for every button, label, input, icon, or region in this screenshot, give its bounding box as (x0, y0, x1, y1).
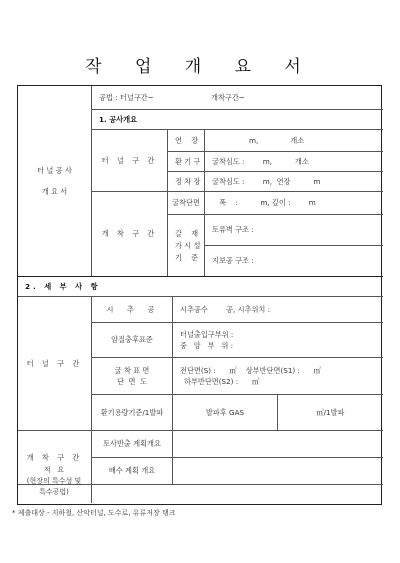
document-title: 작 업 개 요 서 (0, 52, 400, 77)
section1-excavation-label: 개 착 구 간 (91, 191, 167, 276)
remarks-value[interactable] (91, 484, 383, 503)
soil-removal-value[interactable] (172, 430, 383, 457)
excavation-face-value[interactable]: 전단면(S) : ㎡ 상부반단면(S1) : ㎡ 하부반단면(S2) : ㎡ (172, 357, 383, 394)
excavation-section-label: 굴착단면 (167, 191, 204, 214)
soil-removal-label: 토사반출 계획개요 (91, 430, 172, 457)
drainage-plan-value[interactable] (172, 457, 383, 484)
section2-tunnel-label: 터 널 구 간 (18, 296, 91, 430)
tunnel-overview-label: 터 널 공 사 개 요 서 (18, 86, 91, 276)
excavation-face-label: 굴 착 표 면 단 면 도 (91, 357, 172, 394)
tunnel-length-label: 연 장 (167, 129, 204, 151)
borehole-value[interactable]: 시추공수 공, 시추위치 : (172, 296, 383, 322)
post-blast-gas-label: 발파후 GAS (172, 394, 277, 430)
tunnel-length-value[interactable]: m, 개소 (204, 129, 383, 151)
section1-heading: 1. 공사개요 (91, 109, 383, 129)
remarks-text: 적 요 (현장의 특수성 및 특수공법) (18, 458, 90, 504)
work-overview-form: 터 널 공 사 개 요 서 공법 : 터널구간~ 개착구간~ 1. 공사개요 터… (17, 85, 382, 505)
footnote: * 제출대상 - 지하철, 산악터널, 도수로, 유류저장 탱크 (12, 508, 176, 518)
ventilation-label: 환 기 구 (167, 151, 204, 171)
drainage-plan-label: 배수 계획 개요 (91, 457, 172, 484)
rock-quality-label: 암질충후표준 (91, 322, 172, 357)
ventilation-capacity-label: 환기용량기준/1발파 (91, 394, 172, 430)
method-label: 공법 : 터널구간~ (99, 93, 211, 103)
per-blast-value[interactable]: ㎥/1발파 (277, 394, 383, 430)
section1-tunnel-label: 터 널 구 간 (91, 129, 167, 191)
support-structure[interactable]: 지보공 구조 : (204, 245, 383, 276)
excavation-section-value[interactable]: 폭 : m, 깊이 : m (204, 191, 383, 214)
borehole-label: 시 추 공 (91, 296, 172, 322)
excavation-method-label: 개착구간~ (211, 93, 245, 103)
section2-heading: 2. 세 부 사 항 (18, 276, 383, 296)
temporary-facility-label: 갈 재 가 시 설 기 준 (167, 214, 204, 276)
method-row: 공법 : 터널구간~ 개착구간~ (91, 86, 383, 109)
station-value[interactable]: 굴착심도 : m, 연장 m (204, 171, 383, 191)
station-label: 정 차 장 (167, 171, 204, 191)
rock-quality-value[interactable]: 터널출입구부위 : 중 앙 부 위 : (172, 322, 383, 357)
ventilation-value[interactable]: 굴착심도 : m, 개소 (204, 151, 383, 171)
retaining-wall-structure[interactable]: 토류벽 구조 : (204, 214, 383, 245)
